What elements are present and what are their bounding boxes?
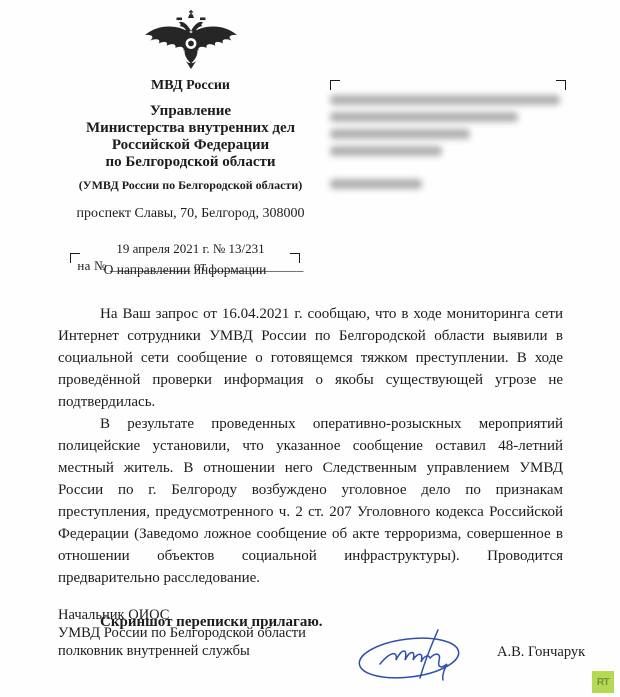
redacted-line [330, 95, 560, 105]
mvd-eagle-emblem-icon [58, 10, 323, 72]
signer-title-line: УМВД России по Белгородской области [58, 624, 306, 642]
recipient-block [330, 80, 566, 189]
letterhead: МВД России Управление Министерства внутр… [58, 10, 323, 274]
rt-logo: RT [592, 671, 614, 693]
redacted-line [330, 129, 470, 139]
corner-mark-left [330, 80, 340, 90]
subject-title: О направлении информации [70, 262, 300, 278]
redacted-line [330, 179, 422, 189]
signer-name: А.В. Гончарук [497, 644, 585, 661]
document-page: МВД России Управление Министерства внутр… [0, 0, 620, 697]
signer-title-line: Начальник ОИОС [58, 606, 306, 624]
handwritten-signature [352, 622, 474, 693]
corner-mark-right [556, 80, 566, 90]
org-name: Управление Министерства внутренних дел Р… [58, 103, 323, 171]
signer-title-line: полковник внутренней службы [58, 642, 306, 660]
redacted-line [330, 146, 442, 156]
subject-block: О направлении информации [70, 253, 300, 287]
rt-logo-label: RT [597, 677, 609, 688]
org-line: Управление [58, 103, 323, 120]
org-abbreviation: (УМВД России по Белгородской области) [58, 178, 323, 193]
org-line: по Белгородской области [58, 154, 323, 171]
agency-name: МВД России [58, 78, 323, 94]
body-paragraph: На Ваш запрос от 16.04.2021 г. сообщаю, … [58, 303, 563, 413]
corner-mark-right [290, 253, 300, 263]
letter-body: На Ваш запрос от 16.04.2021 г. сообщаю, … [58, 303, 563, 633]
body-paragraph: В результате проведенных оперативно-розы… [58, 413, 563, 589]
signer-title-block: Начальник ОИОС УМВД России по Белгородск… [58, 606, 306, 660]
corner-mark-left [70, 253, 80, 263]
redacted-line [330, 112, 518, 122]
org-line: Министерства внутренних дел [58, 120, 323, 137]
org-line: Российской Федерации [58, 137, 323, 154]
org-address: проспект Славы, 70, Белгород, 308000 [58, 206, 323, 222]
